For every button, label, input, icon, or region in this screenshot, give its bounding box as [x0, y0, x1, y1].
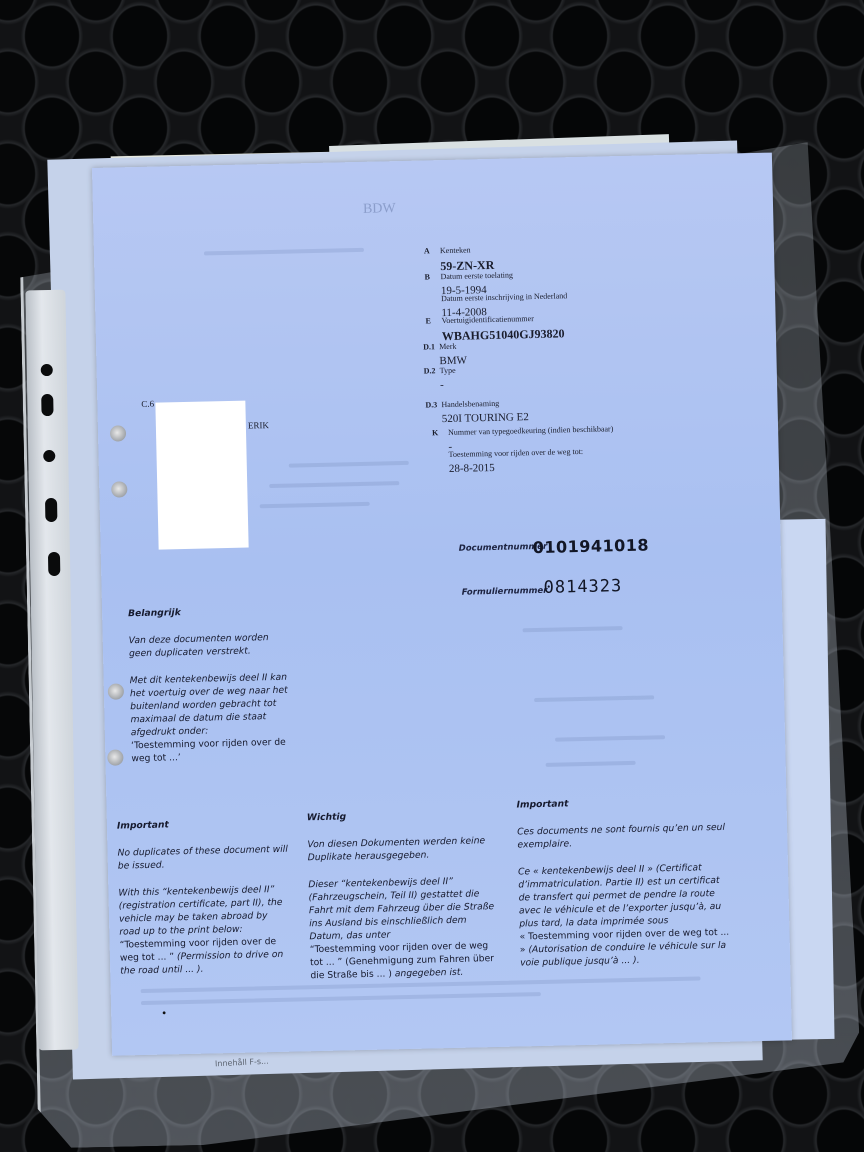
- notice-paragraph: Ce « kentekenbewijs deel II » (Certifica…: [518, 861, 734, 931]
- field-label: Toestemming voor rijden over de weg tot:: [448, 447, 583, 459]
- field-code: E: [425, 316, 441, 325]
- field-code: B: [424, 272, 440, 281]
- document-number: 0101941018: [533, 535, 650, 557]
- notice-paragraph: Von diesen Dokumenten werden keine Dupli…: [307, 834, 498, 864]
- notice-paragraph: angegeben ist.: [392, 967, 464, 980]
- form-number: 0814323: [543, 576, 622, 598]
- field-code: D.3: [425, 400, 441, 409]
- sleeve-hole: [43, 450, 55, 462]
- show-through-text: BDW: [363, 201, 396, 218]
- show-through-line: [546, 761, 636, 767]
- ink-speck: •: [161, 1009, 167, 1020]
- notice-paragraph: Ces documents ne sont fournis qu’en un s…: [517, 821, 733, 852]
- redaction-box: [155, 401, 248, 550]
- notice-heading: Important: [516, 794, 731, 812]
- notice-paragraph: No duplicates of these document will be …: [117, 843, 290, 873]
- punch-hole: [107, 749, 123, 765]
- field-label: Handelsbenaming: [441, 399, 499, 409]
- field-code: A: [424, 246, 440, 255]
- field-code: D.2: [424, 366, 440, 375]
- notice-quote: ‘Toestemming voor rijden over de weg tot…: [131, 737, 286, 765]
- field-code: K: [432, 428, 448, 437]
- show-through-line: [260, 502, 370, 508]
- notice-paragraph: (Autorisation de conduire le véhicule su…: [520, 940, 726, 969]
- field-value: 28-8-2015: [449, 460, 584, 475]
- punch-hole: [110, 425, 126, 441]
- sleeve-hole: [45, 498, 57, 522]
- field-label: Merk: [439, 342, 457, 351]
- sleeve-hole: [41, 394, 53, 416]
- field-label: Datum eerste inschrijving in Nederland: [441, 291, 567, 303]
- punch-hole: [111, 481, 127, 497]
- field-toestemming-tot: Toestemming voor rijden over de weg tot:…: [432, 441, 583, 475]
- notice-heading: Belangrijk: [128, 604, 288, 621]
- sleeve-hole: [41, 364, 53, 376]
- field-label: Kenteken: [440, 245, 471, 255]
- punch-hole: [108, 683, 124, 699]
- show-through-line: [289, 461, 409, 468]
- holder-name-fragment: ERIK: [248, 420, 269, 430]
- form-number-label: Formuliernummer: [462, 586, 548, 598]
- field-label: Type: [440, 366, 456, 375]
- registration-document: BDW AKenteken 59-ZN-XR BDatum eerste toe…: [92, 153, 792, 1056]
- show-through-line: [523, 626, 623, 632]
- show-through-line: [534, 695, 654, 702]
- sleeve-hole: [48, 552, 60, 576]
- field-label: Nummer van typegoedkeuring (indien besch…: [448, 424, 613, 437]
- notice-de: Wichtig Von diesen Dokumenten werden kei…: [307, 807, 501, 982]
- notice-paragraph: Dieser “kentekenbewijs deel II” (Fahrzeu…: [308, 874, 499, 943]
- show-through-line: [555, 735, 665, 741]
- notice-paragraph: With this “kentekenbewijs deel II” (regi…: [118, 883, 291, 939]
- show-through-line: [269, 481, 399, 488]
- field-code: D.1: [423, 342, 439, 351]
- field-label: Datum eerste toelating: [440, 270, 513, 281]
- notice-en: Important No duplicates of these documen…: [117, 816, 293, 978]
- show-through-line: [141, 992, 541, 1005]
- notice-fr: Important Ces documents ne sont fournis …: [516, 794, 735, 970]
- field-label: Voertuigidentificatienummer: [441, 314, 533, 325]
- field-type: D.2Type -: [423, 360, 456, 392]
- field-value: -: [440, 379, 456, 391]
- holder-code: C.6: [141, 399, 154, 409]
- show-through-line: [204, 248, 364, 256]
- notice-nl: Belangrijk Van deze documenten worden ge…: [128, 604, 292, 766]
- notice-heading: Wichtig: [307, 807, 497, 824]
- notice-heading: Important: [117, 816, 289, 833]
- notice-paragraph: Van deze documenten worden geen duplicat…: [129, 631, 290, 661]
- notice-paragraph: Met dit kentekenbewijs deel II kan het v…: [129, 671, 290, 740]
